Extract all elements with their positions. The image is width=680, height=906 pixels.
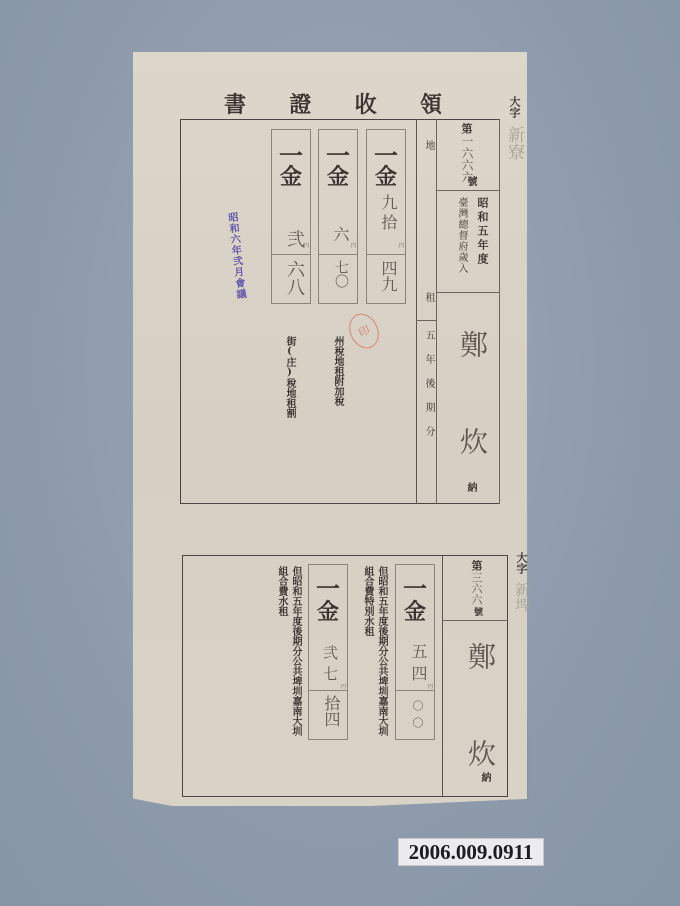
upper-divider [416, 119, 417, 504]
upper-margin-handwritten: 新寮 [502, 126, 527, 160]
yen-label: 円 [304, 242, 309, 249]
lower-margin-handwritten: 新埤 [512, 582, 533, 612]
lower-number-prefix: 第 [468, 560, 484, 571]
amount-handwritten-upper: 五四 [407, 643, 430, 687]
upper-payer-name: 鄭 炊 [452, 330, 492, 473]
amount-divider [319, 254, 357, 255]
upper-number-suffix: 號 [463, 176, 478, 186]
upper-divider [436, 119, 437, 504]
amount-handwritten-lower: 拾四 [320, 695, 343, 727]
amount-divider [396, 690, 434, 691]
lower-number-suffix: 號 [471, 607, 484, 616]
yen-label: 円 [351, 242, 356, 249]
amount-prefix-gold: 金 [396, 595, 434, 626]
lower-item-label: 但昭和五年度後期分公共埤圳嘉南大圳 [288, 566, 303, 736]
upper-item-label: 街(庄)稅地租割 [282, 336, 297, 418]
upper-amount-column: 一 金 六 円 七〇 [318, 129, 358, 304]
upper-amount-column: 一 金 九拾 円 四九 [366, 129, 406, 304]
upper-number-prefix: 第 [458, 123, 474, 134]
lower-divider [442, 555, 443, 797]
lower-payer-name: 鄭 炊 [460, 642, 500, 785]
title-char: 收 [355, 88, 377, 119]
upper-margin-label: 大字 [506, 96, 522, 118]
upper-tax-category-top: 地 [421, 140, 436, 150]
upper-divider [499, 119, 500, 504]
amount-divider [309, 690, 347, 691]
upper-divider [436, 190, 499, 191]
lower-amount-column: 一 金 弐七 円 拾四 [308, 564, 348, 740]
upper-paid-label: 納 [463, 482, 478, 492]
upper-tax-period: 五年後期分 [421, 330, 436, 450]
upper-divider [416, 320, 436, 321]
amount-handwritten-upper: 九拾 [377, 194, 400, 234]
amount-handwritten-lower: 〇〇 [409, 700, 425, 734]
catalog-number-label: 2006.009.0911 [398, 838, 544, 866]
upper-issuer: 臺灣總督府歲入 [454, 197, 469, 274]
yen-label: 円 [341, 683, 346, 690]
amount-handwritten-upper: 六 [329, 226, 352, 242]
amount-divider [367, 254, 405, 255]
amount-handwritten-lower: 六八 [281, 260, 307, 296]
lower-divider [442, 620, 508, 621]
yen-label: 円 [428, 683, 433, 690]
amount-prefix-gold: 金 [272, 160, 310, 191]
title-char: 書 [224, 88, 246, 119]
lower-paid-label: 納 [477, 772, 492, 782]
amount-prefix-gold: 金 [309, 595, 347, 626]
amount-handwritten-upper: 弐七 [320, 645, 341, 687]
lower-item-label: 組合費水租 [274, 566, 289, 616]
amount-handwritten-lower: 七〇 [331, 260, 351, 288]
title-char: 領 [420, 88, 442, 119]
lower-item-label: 組合費特別水租 [360, 566, 375, 636]
title-char: 證 [289, 88, 311, 119]
amount-prefix-gold: 金 [319, 160, 357, 191]
amount-handwritten-lower: 四九 [377, 260, 400, 292]
upper-tax-category-mid: 租 [421, 292, 436, 302]
upper-item-label: 州稅地租附加稅 [330, 336, 345, 406]
lower-item-label: 但昭和五年度後期分公共埤圳嘉南大圳 [374, 566, 389, 736]
upper-divider [436, 292, 499, 293]
upper-amount-column: 一 金 弐 円 六八 [271, 129, 311, 304]
upper-fiscal-year: 昭和五年度 [474, 197, 490, 267]
lower-number-handwritten: 三六六 [468, 572, 484, 605]
yen-label: 円 [399, 242, 404, 249]
amount-prefix-gold: 金 [367, 160, 405, 191]
document-title: 書 證 收 領 [224, 88, 442, 119]
lower-amount-column: 一 金 五四 円 〇〇 [395, 564, 435, 740]
amount-divider [272, 254, 310, 255]
lower-margin-label: 大字 [513, 552, 529, 574]
